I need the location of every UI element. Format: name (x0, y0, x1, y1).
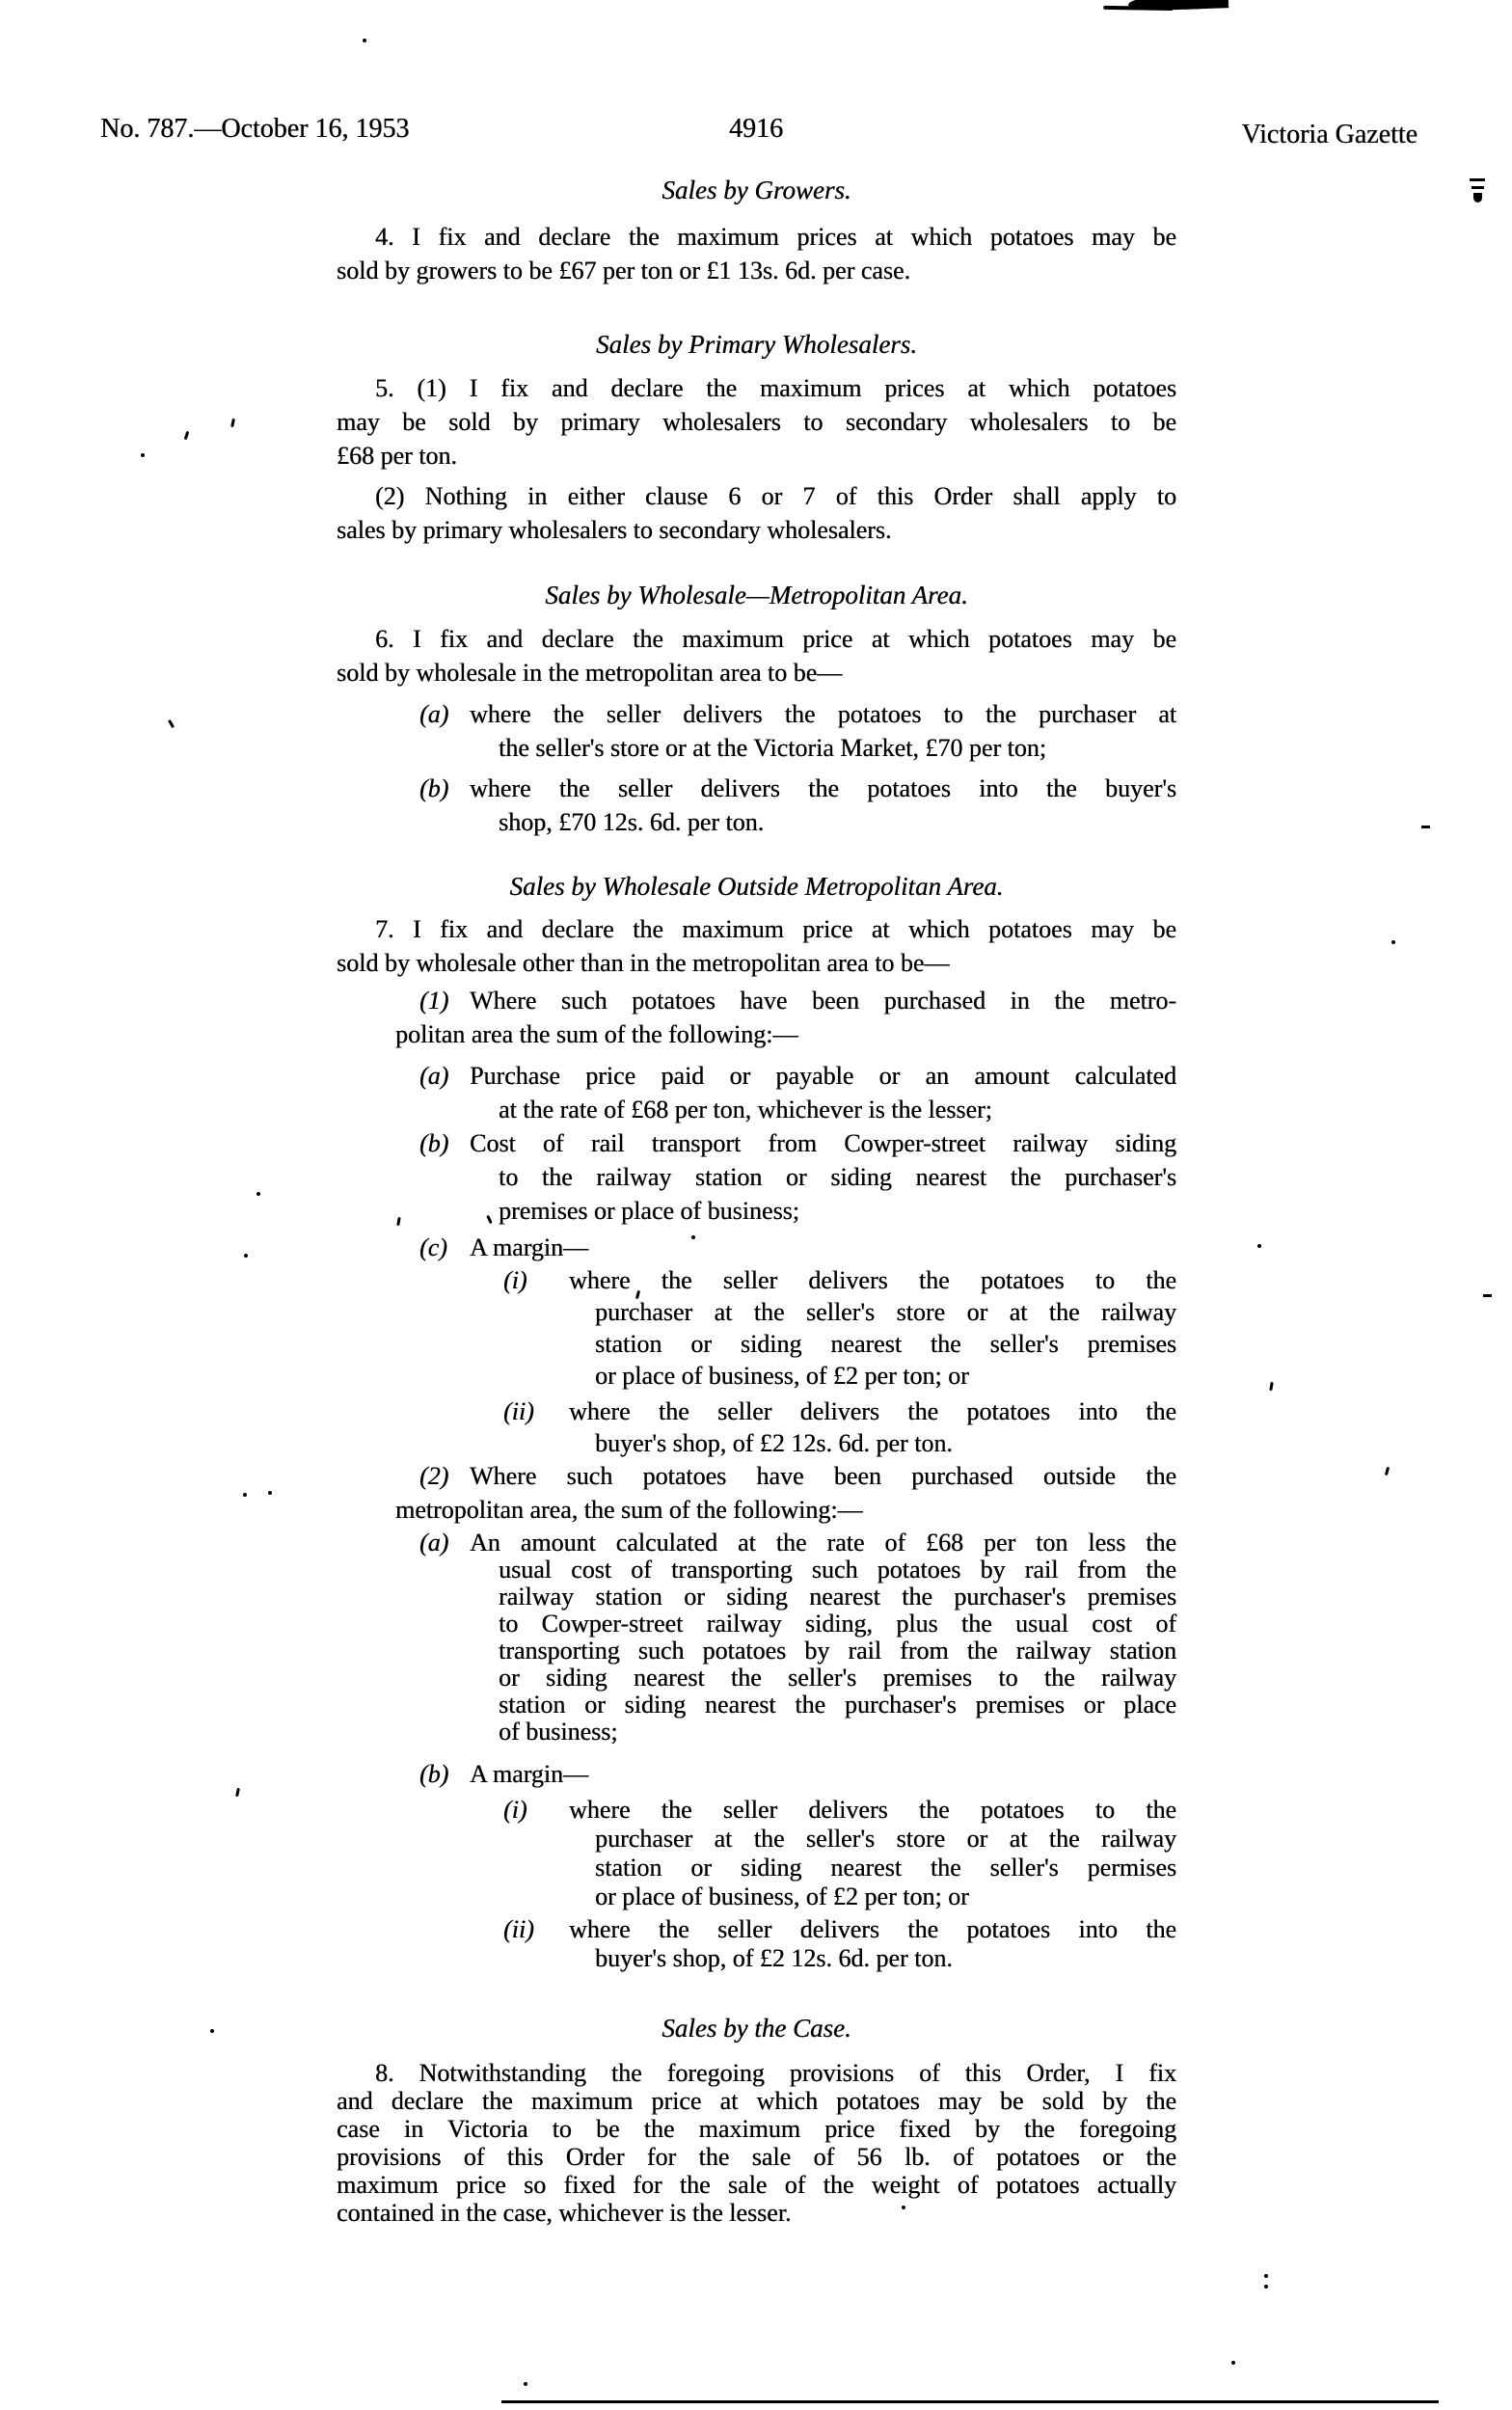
paragraph-line: 8. Notwithstanding the foregoing provisi… (375, 2059, 1176, 2087)
ink-speck (243, 1493, 247, 1497)
clause-4-paragraph: 4. I fix and declare the maximum prices … (337, 220, 1176, 287)
item-marker: (a) (419, 697, 470, 731)
paragraph-line: usual cost of transporting such potatoes… (499, 1557, 1176, 1584)
paragraph-line: contained in the case, whichever is the … (337, 2199, 1176, 2227)
paragraph-line: maximum price so fixed for the sale of t… (337, 2171, 1176, 2199)
item-text: A margin— (470, 1760, 588, 1788)
paragraph-line: (a)Purchase price paid or payable or an … (419, 1059, 1176, 1093)
paragraph-line: (ii)where the seller delivers the potato… (503, 1395, 1176, 1427)
clause-7-1-item-c: (c)A margin— (337, 1231, 1176, 1264)
paragraph-line: case in Victoria to be the maximum price… (337, 2115, 1176, 2143)
ink-speck (524, 2382, 527, 2386)
item-text: Purchase price paid or payable or an amo… (470, 1062, 1176, 1090)
ink-speck (244, 1254, 248, 1258)
clause-6-item-a: (a)where the seller delivers the potatoe… (337, 697, 1176, 765)
paragraph-line: (a)An amount calculated at the rate of £… (419, 1530, 1176, 1557)
paragraph-line: (1)Where such potatoes have been purchas… (419, 984, 1176, 1017)
ink-speck (1257, 1244, 1261, 1248)
ink-speck (363, 39, 366, 42)
item-text: where the seller delivers the potatoes i… (569, 1915, 1176, 1943)
paragraph-line: may be sold by primary wholesalers to se… (337, 405, 1176, 439)
clause-7-1-item-a: (a)Purchase price paid or payable or an … (337, 1059, 1176, 1126)
paragraph-line: purchaser at the seller's store or at th… (595, 1825, 1176, 1854)
paragraph-line: £68 per ton. (337, 439, 1176, 473)
item-marker: (i) (503, 1796, 569, 1825)
paragraph-line: (c)A margin— (419, 1231, 1176, 1264)
item-text: where the seller delivers the potatoes i… (470, 774, 1176, 802)
item-text: An amount calculated at the rate of £68 … (470, 1529, 1176, 1557)
clause-5-1-paragraph: 5. (1) I fix and declare the maximum pri… (337, 371, 1176, 473)
ink-speck (235, 1788, 240, 1797)
paragraph-line: or place of business, of £2 per ton; or (595, 1882, 1176, 1911)
paragraph-line: to Cowper-street railway siding, plus th… (499, 1611, 1176, 1638)
ink-speck (210, 2029, 214, 2033)
paragraph-line: provisions of this Order for the sale of… (337, 2143, 1176, 2171)
paragraph-line: station or siding nearest the seller's p… (595, 1328, 1176, 1360)
bottom-rule (501, 2400, 1439, 2403)
clause-5-2-paragraph: (2) Nothing in either clause 6 or 7 of t… (337, 479, 1176, 547)
sub-marker: (2) (419, 1459, 470, 1493)
ink-speck (168, 719, 175, 728)
item-text: Cost of rail transport from Cowper-stree… (470, 1129, 1176, 1157)
ink-speck (691, 1235, 695, 1239)
section-heading-wholesale-outside-metropolitan: Sales by Wholesale Outside Metropolitan … (337, 870, 1176, 904)
ink-speck (256, 1192, 260, 1196)
paragraph-line: sold by wholesale other than in the metr… (337, 946, 1176, 980)
ink-speck (1385, 1467, 1390, 1476)
sub-marker: (1) (419, 984, 470, 1017)
section-heading-wholesale-metropolitan: Sales by Wholesale—Metropolitan Area. (337, 579, 1176, 612)
item-marker: (b) (419, 1757, 470, 1791)
paragraph-line: to the railway station or siding nearest… (499, 1160, 1176, 1194)
gazette-scanned-page: No. 787.—October 16, 1953 4916 Victoria … (0, 0, 1512, 2410)
paragraph-line: station or siding nearest the purchaser'… (499, 1692, 1176, 1719)
paragraph-line: (b)A margin— (419, 1757, 1176, 1791)
paragraph-line: transporting such potatoes by rail from … (499, 1638, 1176, 1665)
clause-7-sub-1: (1)Where such potatoes have been purchas… (337, 984, 1176, 1051)
paragraph-line: (b)where the seller delivers the potatoe… (419, 772, 1176, 805)
paragraph-line: or siding nearest the seller's premises … (499, 1665, 1176, 1692)
paragraph-line: premises or place of business; (499, 1194, 1176, 1228)
item-marker: (a) (419, 1059, 470, 1093)
paragraph-line: railway station or siding nearest the pu… (499, 1584, 1176, 1611)
clause-7-1-c-item-i: (i)where the seller delivers the potatoe… (337, 1264, 1176, 1392)
ink-speck (1421, 826, 1430, 828)
clause-8-paragraph: 8. Notwithstanding the foregoing provisi… (337, 2059, 1176, 2227)
ink-speck (1483, 1294, 1492, 1297)
ink-speck (1269, 1382, 1274, 1391)
paragraph-line: of business; (499, 1719, 1176, 1746)
paragraph-line: sold by growers to be £67 per ton or £1 … (337, 254, 1176, 287)
clause-7-2-b-item-i: (i)where the seller delivers the potatoe… (337, 1796, 1176, 1911)
item-text: where the seller delivers the potatoes t… (569, 1796, 1176, 1824)
paragraph-line: the seller's store or at the Victoria Ma… (499, 731, 1176, 765)
paragraph-line: 4. I fix and declare the maximum prices … (375, 220, 1176, 254)
ink-speck (268, 1491, 272, 1495)
paragraph-line: (2) Nothing in either clause 6 or 7 of t… (375, 479, 1176, 513)
paragraph-line: (2)Where such potatoes have been purchas… (419, 1459, 1176, 1493)
clause-7-2-item-b: (b)A margin— (337, 1757, 1176, 1791)
clause-7-2-item-a: (a)An amount calculated at the rate of £… (337, 1530, 1176, 1746)
item-marker: (i) (503, 1264, 569, 1296)
item-text: where the seller delivers the potatoes t… (569, 1266, 1176, 1294)
sub-text: Where such potatoes have been purchased … (470, 1462, 1176, 1490)
paragraph-line: (i)where the seller delivers the potatoe… (503, 1796, 1176, 1825)
ink-speck (1264, 2285, 1268, 2288)
paragraph-line: and declare the maximum price at which p… (337, 2087, 1176, 2115)
paragraph-line: politan area the sum of the following:— (395, 1017, 1176, 1051)
ink-speck (1264, 2274, 1268, 2278)
paragraph-line: (b)Cost of rail transport from Cowper-st… (419, 1126, 1176, 1160)
clause-7-2-b-item-ii: (ii)where the seller delivers the potato… (337, 1915, 1176, 1973)
paragraph-line: (i)where the seller delivers the potatoe… (503, 1264, 1176, 1296)
item-marker: (a) (419, 1530, 470, 1557)
paragraph-line: 6. I fix and declare the maximum price a… (375, 622, 1176, 656)
paragraph-line: shop, £70 12s. 6d. per ton. (499, 805, 1176, 839)
sub-text: Where such potatoes have been purchased … (470, 987, 1176, 1015)
paragraph-line: buyer's shop, of £2 12s. 6d. per ton. (595, 1944, 1176, 1973)
section-heading-sales-by-growers: Sales by Growers. (337, 174, 1176, 207)
ink-speck (1231, 2361, 1235, 2365)
item-marker: (b) (419, 1126, 470, 1160)
item-marker: (b) (419, 772, 470, 805)
item-marker: (c) (419, 1231, 470, 1264)
section-heading-sales-by-the-case: Sales by the Case. (337, 2012, 1176, 2045)
paragraph-line: station or siding nearest the seller's p… (595, 1854, 1176, 1882)
item-text: where the seller delivers the potatoes i… (569, 1397, 1176, 1425)
item-text: where the seller delivers the potatoes t… (470, 700, 1176, 728)
paragraph-line: 7. I fix and declare the maximum price a… (375, 912, 1176, 946)
paragraph-line: (ii)where the seller delivers the potato… (503, 1915, 1176, 1944)
section-heading-primary-wholesalers: Sales by Primary Wholesalers. (337, 328, 1176, 362)
clause-7-paragraph: 7. I fix and declare the maximum price a… (337, 912, 1176, 980)
paragraph-line: sales by primary wholesalers to secondar… (337, 513, 1176, 547)
ink-speck (184, 431, 190, 440)
paragraph-line: sold by wholesale in the metropolitan ar… (337, 656, 1176, 690)
ink-speck (141, 453, 145, 457)
clause-7-1-c-item-ii: (ii)where the seller delivers the potato… (337, 1395, 1176, 1459)
ink-speck (230, 419, 235, 427)
ink-speck (1391, 940, 1395, 944)
paragraph-line: metropolitan area, the sum of the follow… (395, 1493, 1176, 1527)
document-body: Sales by Growers. 4. I fix and declare t… (337, 0, 1176, 2227)
margin-mark-artifact (1470, 178, 1487, 203)
item-text: A margin— (470, 1233, 588, 1261)
item-marker: (ii) (503, 1395, 569, 1427)
ink-speck (902, 2206, 905, 2209)
paragraph-line: (a)where the seller delivers the potatoe… (419, 697, 1176, 731)
clause-6-paragraph: 6. I fix and declare the maximum price a… (337, 622, 1176, 690)
paragraph-line: at the rate of £68 per ton, whichever is… (499, 1093, 1176, 1126)
clause-6-item-b: (b)where the seller delivers the potatoe… (337, 772, 1176, 839)
paragraph-line: buyer's shop, of £2 12s. 6d. per ton. (595, 1427, 1176, 1459)
paragraph-line: 5. (1) I fix and declare the maximum pri… (375, 371, 1176, 405)
paragraph-line: purchaser at the seller's store or at th… (595, 1296, 1176, 1328)
clause-7-1-item-b: (b)Cost of rail transport from Cowper-st… (337, 1126, 1176, 1228)
paragraph-line: or place of business, of £2 per ton; or (595, 1360, 1176, 1392)
clause-7-sub-2: (2)Where such potatoes have been purchas… (337, 1459, 1176, 1527)
item-marker: (ii) (503, 1915, 569, 1944)
gazette-title: Victoria Gazette (1241, 118, 1417, 151)
